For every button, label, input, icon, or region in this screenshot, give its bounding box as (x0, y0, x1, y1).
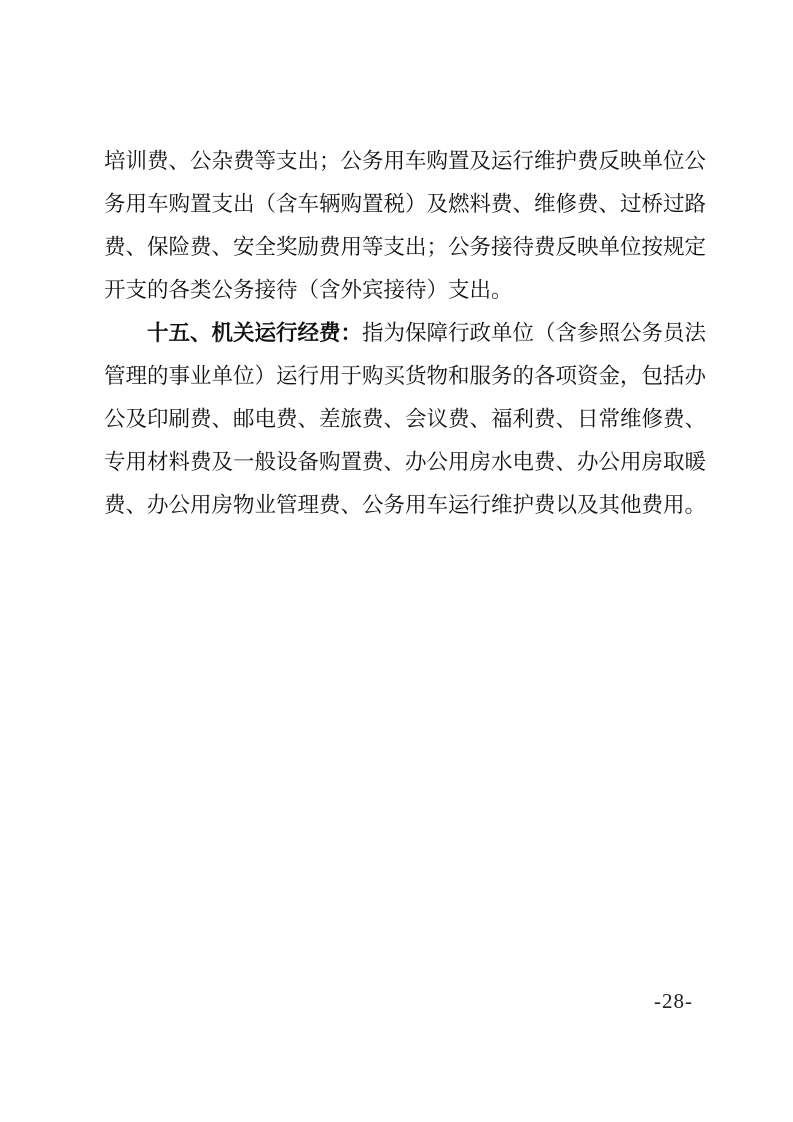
paragraph1-line-1: 培训费、公杂费等支出；公务用车购置及运行维护费反映单位公 (104, 140, 691, 183)
document-page: 培训费、公杂费等支出；公务用车购置及运行维护费反映单位公 务用车购置支出（含车辆… (0, 0, 793, 1122)
paragraph1-line-2: 务用车购置支出（含车辆购置税）及燃料费、维修费、过桥过路 (104, 183, 691, 226)
paragraph2-line-3: 公及印刷费、邮电费、差旅费、会议费、福利费、日常维修费、 (104, 398, 691, 441)
paragraph2-line-1-text: 指为保障行政单位（含参照公务员法 (362, 321, 706, 345)
paragraph-expense-definitions: 培训费、公杂费等支出；公务用车购置及运行维护费反映单位公 务用车购置支出（含车辆… (104, 140, 691, 312)
paragraph1-line-3: 费、保险费、安全奖励费用等支出；公务接待费反映单位按规定 (104, 226, 691, 269)
paragraph-section-15: 十五、机关运行经费：指为保障行政单位（含参照公务员法 管理的事业单位）运行用于购… (104, 312, 691, 527)
paragraph1-line-4: 开支的各类公务接待（含外宾接待）支出。 (104, 269, 691, 312)
page-number: -28- (654, 988, 693, 1014)
section-heading: 十五、机关运行经费： (147, 321, 362, 345)
paragraph2-line-4: 专用材料费及一般设备购置费、办公用房水电费、办公用房取暖 (104, 441, 691, 484)
document-body: 培训费、公杂费等支出；公务用车购置及运行维护费反映单位公 务用车购置支出（含车辆… (104, 140, 691, 527)
paragraph2-line-2: 管理的事业单位）运行用于购买货物和服务的各项资金，包括办 (104, 355, 691, 398)
paragraph2-line-1: 十五、机关运行经费：指为保障行政单位（含参照公务员法 (104, 312, 691, 355)
paragraph2-line-5: 费、办公用房物业管理费、公务用车运行维护费以及其他费用。 (104, 484, 691, 527)
